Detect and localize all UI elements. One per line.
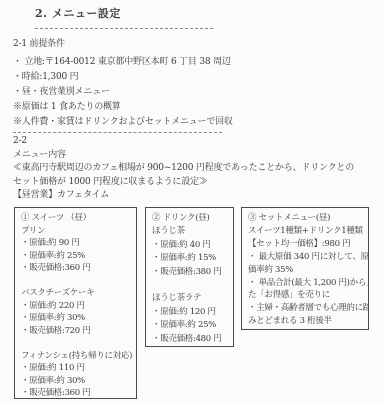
text-line: ・ 最大原価 340 円に対して、原 (248, 251, 364, 264)
text-line: ≪東高円寺駅周辺のカフェ相場が 900~1200 円程度であったことから、ドリン… (13, 162, 354, 176)
text-line: ・原価:約 120 円 (152, 306, 229, 319)
sweets-menu-box: ① スイーツ （昼）プリン・原価:約 90 円・原価率:約 25%・販売価格:3… (14, 207, 137, 399)
text-line: ① スイーツ （昼） (21, 212, 132, 225)
text-line: ・販売価格:380 円 (152, 266, 229, 279)
text-line (21, 337, 132, 350)
text-line: ・昼・夜営業別メニュー (13, 85, 233, 100)
text-line: みとどまれる 3 桁後半 (248, 315, 364, 328)
section-1-heading: 2-1 前提条件 (13, 36, 65, 49)
text-line: 【昼営業】カフェタイム (13, 189, 354, 203)
text-line: ③ セットメニュー(昼) (248, 212, 364, 225)
text-line: ・原価:約 40 円 (152, 239, 229, 252)
text-line: ・販売価格:360 円 (21, 387, 132, 399)
text-line: プリン (21, 225, 132, 238)
text-line: ※原価は 1 食あたりの概算 (13, 100, 233, 115)
text-line: ほうじ茶 (152, 225, 229, 238)
text-line: スイーツ1種類+ドリンク1種類 (248, 225, 364, 238)
text-line: ・原価率:約 15% (152, 252, 229, 265)
text-line: ・原価率:約 25% (21, 250, 132, 263)
text-line: ・ 立地:〒164-0012 東京都中野区本町 6 丁目 38 周辺 (13, 55, 233, 70)
text-line: ・販売価格:360 円 (21, 262, 132, 275)
text-line: ・原価:約 90 円 (21, 237, 132, 250)
text-line: ・原価:約 110 円 (21, 362, 132, 375)
text-line: ・原価率:約 30% (21, 375, 132, 388)
text-line: ・原価:約 220 円 (21, 300, 132, 313)
text-line: ほうじ茶ラテ (152, 292, 229, 305)
text-line: ② ドリンク(昼) (152, 212, 229, 225)
text-line: ・販売価格:720 円 (21, 325, 132, 338)
text-line: バスクチーズケーキ (21, 287, 132, 300)
text-line: ・原価率:約 30% (21, 312, 132, 325)
text-line: 2-2 (13, 135, 354, 149)
section-2-body: 2-2メニュー内容≪東高円寺駅周辺のカフェ相場が 900~1200 円程度であっ… (13, 135, 354, 203)
text-line (21, 275, 132, 288)
dashed-divider (35, 28, 213, 29)
text-line: セット価格が 1000 円程度に収まるように設定≫ (13, 176, 354, 190)
text-line: ・販売価格:480 円 (152, 333, 229, 346)
text-line: 価率約 35% (248, 264, 364, 277)
dashed-divider (13, 132, 222, 133)
drinks-menu-box: ② ドリンク(昼)ほうじ茶・原価:約 40 円・原価率:約 15%・販売価格:3… (145, 207, 234, 347)
text-line: ・ 単品合計(最大 1,200 円)から見 (248, 277, 364, 290)
text-line: メニュー内容 (13, 149, 354, 163)
document-page: 2. メニュー設定 2-1 前提条件 ・ 立地:〒164-0012 東京都中野区… (0, 0, 384, 404)
text-line: ※人件費・家賃はドリンクおよびセットメニューで回収 (13, 115, 233, 130)
text-line: ・主婦・高齢者層でも心理的に踏 (248, 302, 364, 315)
set-menu-box: ③ セットメニュー(昼)スイーツ1種類+ドリンク1種類【セット均一価格】:980… (241, 207, 369, 330)
section-1-body: ・ 立地:〒164-0012 東京都中野区本町 6 丁目 38 周辺・時給:1,… (13, 55, 233, 130)
text-line: た「お得感」を売りに (248, 289, 364, 302)
text-line: 【セット均一価格】:980 円 (248, 238, 364, 251)
text-line: ・時給:1,300 円 (13, 70, 233, 85)
text-line: ・原価率:約 25% (152, 319, 229, 332)
text-line: フィナンシェ(持ち帰りに対応) (21, 350, 132, 363)
text-line (152, 279, 229, 292)
page-title: 2. メニュー設定 (35, 5, 121, 21)
